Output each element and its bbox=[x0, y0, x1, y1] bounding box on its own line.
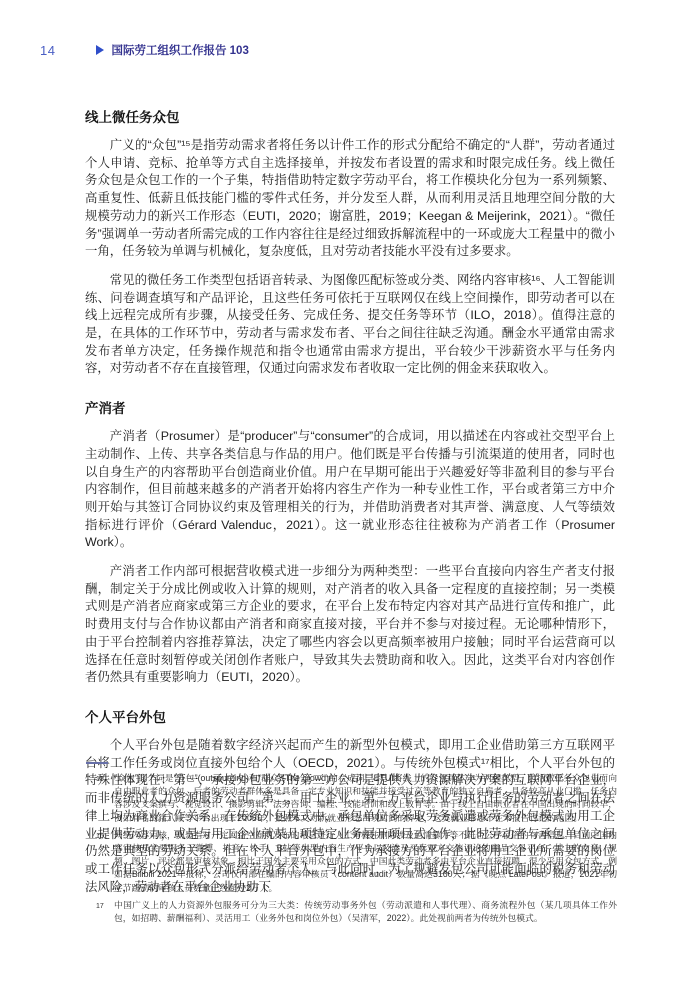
footnote-text: 网络内容审核，则是指对一定网络空间内发布的讯息进行人工审核并删除涉及色情暴力等不… bbox=[114, 829, 617, 895]
section-heading: 个人平台外包 bbox=[85, 710, 615, 726]
section-prosumer: 产消者 产消者（Prosumer）是“producer”与“consumer”的… bbox=[85, 401, 615, 687]
footnote-marker: 17 bbox=[85, 899, 114, 925]
section-online-microtask: 线上微任务众包 广义的“众包”¹⁵是指劳动需求者将任务以计件工作的形式分配给不确… bbox=[85, 110, 615, 378]
paragraph: 产消者（Prosumer）是“producer”与“consumer”的合成词，… bbox=[85, 428, 615, 552]
document-page: 14 国际劳工组织工作报告 103 线上微任务众包 广义的“众包”¹⁵是指劳动需… bbox=[0, 0, 700, 990]
footnote-divider bbox=[86, 762, 108, 764]
paragraph: 常见的微任务工作类型包括语音转录、为图像匹配标签或分类、网络内容审核¹⁶、人工智… bbox=[85, 272, 615, 378]
footnote-marker: 16 bbox=[85, 829, 114, 895]
paragraph: 广义的“众包”¹⁵是指劳动需求者将任务以计件工作的形式分配给不确定的“人群”，劳… bbox=[85, 137, 615, 261]
report-title: 国际劳工组织工作报告 103 bbox=[111, 42, 248, 58]
footnote: 15 “众包”这个词是“外包”(outsourcing)和“群众”(The cr… bbox=[85, 772, 617, 825]
triangle-bullet-icon bbox=[96, 45, 104, 55]
section-heading: 线上微任务众包 bbox=[85, 110, 615, 126]
footnote-marker: 15 bbox=[85, 772, 114, 825]
footnotes: 15 “众包”这个词是“外包”(outsourcing)和“群众”(The cr… bbox=[85, 762, 617, 929]
footnote-text: “众包”这个词是“外包”(outsourcing)和“群众”(The crowd… bbox=[114, 772, 617, 825]
footnote-text: 中国广义上的人力资源外包服务可分为三大类：传统劳动事务外包（劳动派遣和人事代理）… bbox=[114, 899, 617, 925]
footnote: 16 网络内容审核，则是指对一定网络空间内发布的讯息进行人工审核并删除涉及色情暴… bbox=[85, 829, 617, 895]
paragraph: 产消者工作内部可根据营收模式进一步细分为两种类型：一些平台直接向内容生产者支付报… bbox=[85, 563, 615, 687]
page-number: 14 bbox=[40, 43, 55, 58]
page-header: 14 国际劳工组织工作报告 103 bbox=[40, 42, 660, 58]
section-heading: 产消者 bbox=[85, 401, 615, 417]
footnote: 17 中国广义上的人力资源外包服务可分为三大类：传统劳动事务外包（劳动派遣和人事… bbox=[85, 899, 617, 925]
